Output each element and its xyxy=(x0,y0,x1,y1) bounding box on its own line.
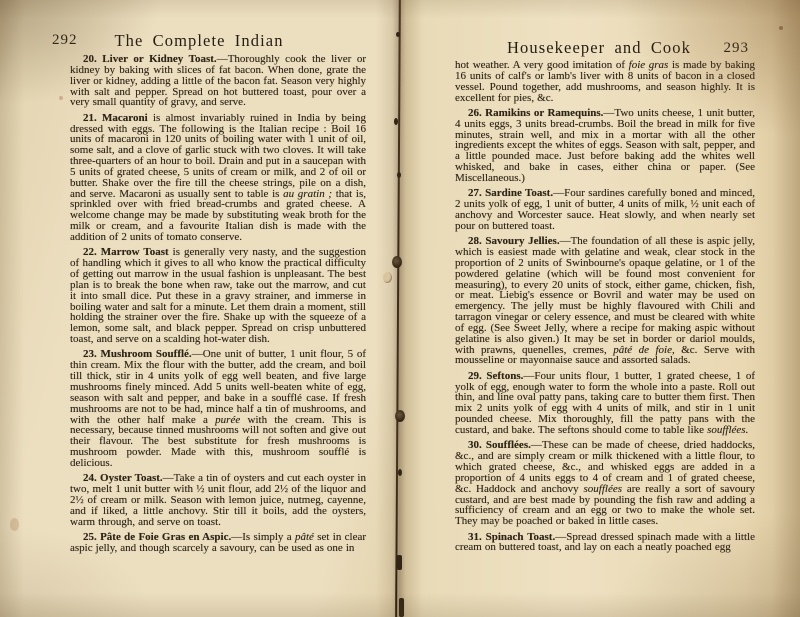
scan-speck xyxy=(398,469,402,476)
recipe-paragraph: 30. Soufflées.—These can be made of chee… xyxy=(455,440,755,527)
page-right-header: Housekeeper and Cook 293 xyxy=(398,0,800,60)
recipe-paragraph: 26. Ramikins or Ramequins.—Two units che… xyxy=(455,108,755,184)
scan-speck xyxy=(395,410,405,422)
recipe-paragraph: hot weather. A very good imitation of fo… xyxy=(455,60,755,103)
recipe-paragraph: 27. Sardine Toast.—Four sardines careful… xyxy=(455,188,755,231)
paper-stain xyxy=(10,518,19,531)
recipe-paragraph: 23. Mushroom Soufflé.—One unit of butter… xyxy=(70,349,366,468)
scan-speck xyxy=(396,32,400,37)
paper-stain xyxy=(779,26,783,30)
recipe-paragraph: 28. Savoury Jellies.—The foundation of a… xyxy=(455,236,755,366)
recipe-paragraph: 24. Oyster Toast.—Take a tin of oysters … xyxy=(70,473,366,527)
book-spread: 292 The Complete Indian 20. Liver or Kid… xyxy=(0,0,800,617)
recipe-text: —Two units cheese, 1 unit butter, 4 unit… xyxy=(455,107,755,184)
scan-speck xyxy=(394,118,398,125)
page-number-right: 293 xyxy=(724,40,750,57)
recipe-paragraph: 21. Macaroni is almost invariably ruined… xyxy=(70,113,366,243)
recipe-paragraph: 29. Seftons.—Four units flour, 1 butter,… xyxy=(455,371,755,436)
page-left-body: 20. Liver or Kidney Toast.—Thoroughly co… xyxy=(70,54,366,558)
recipe-paragraph: 31. Spinach Toast.—Spread dressed spinac… xyxy=(455,532,755,554)
recipe-paragraph: 22. Marrow Toast is generally very nasty… xyxy=(70,247,366,345)
page-right-body: hot weather. A very good imitation of fo… xyxy=(455,60,755,558)
recipe-text: is generally very nasty, and the suggest… xyxy=(70,246,366,345)
scan-speck xyxy=(392,256,402,268)
recipe-text: —The foundation of all these is aspic je… xyxy=(455,235,755,355)
page-left-header: 292 The Complete Indian xyxy=(0,0,398,60)
recipe-paragraph: 25. Pâte de Foie Gras en Aspic.—Is simpl… xyxy=(70,532,366,554)
scan-speck xyxy=(397,172,401,178)
page-left: 292 The Complete Indian 20. Liver or Kid… xyxy=(0,0,398,617)
scan-speck xyxy=(399,598,404,617)
recipe-paragraph: 20. Liver or Kidney Toast.—Thoroughly co… xyxy=(70,54,366,108)
running-title-left: The Complete Indian xyxy=(0,31,398,51)
recipe-text: is almost invariably ruined in India by … xyxy=(70,112,366,200)
paper-stain xyxy=(59,96,63,100)
recipe-text: soufflées. xyxy=(707,424,748,436)
page-right: Housekeeper and Cook 293 hot weather. A … xyxy=(398,0,800,617)
scan-speck xyxy=(397,555,402,570)
scan-speck xyxy=(383,272,392,283)
